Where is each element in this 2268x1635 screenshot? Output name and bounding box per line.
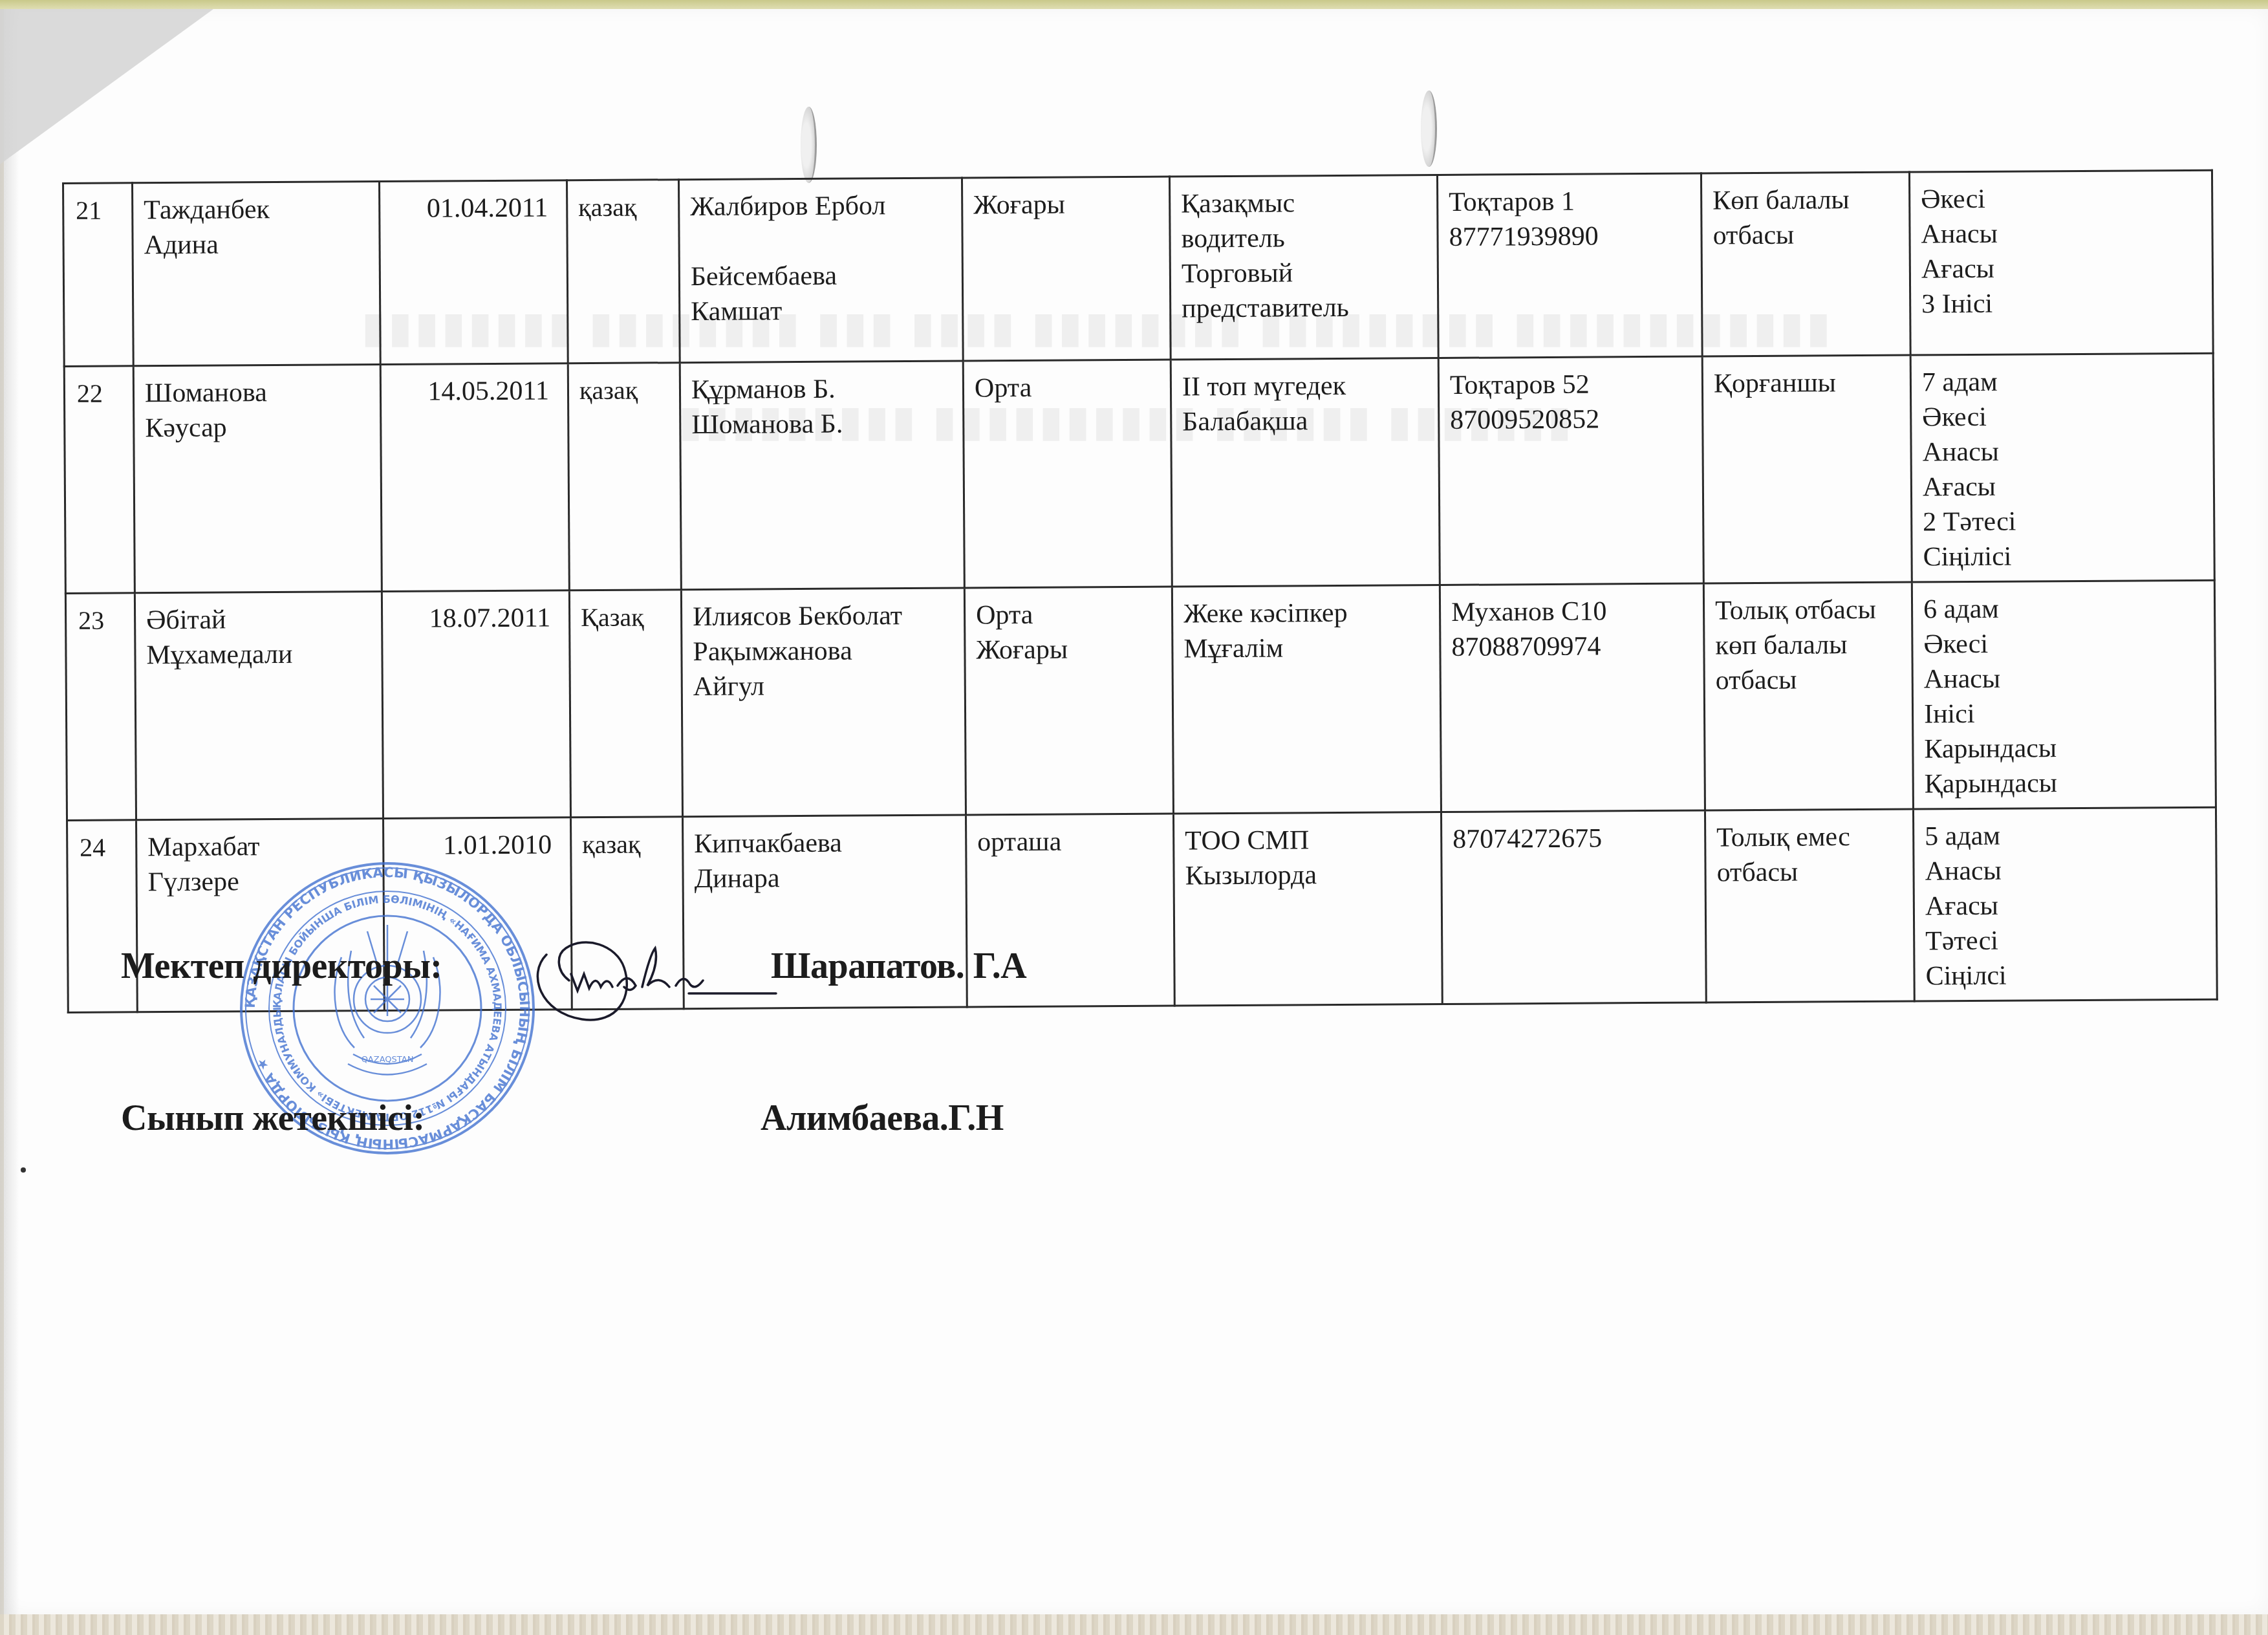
parents-workplace: Қазақмыс водитель Торговый представитель — [1169, 175, 1438, 360]
folded-corner — [0, 9, 213, 164]
student-name: Әбітай Мұхамедали — [135, 591, 383, 819]
row-number: 22 — [64, 366, 135, 594]
class-teacher-label: Сынып жетекшісі: — [121, 1098, 425, 1139]
parents-workplace: Жеке кәсіпкер Мұғалім — [1172, 585, 1441, 814]
parents-names: Илиясов Бекболат Рақымжанова Айгул — [681, 588, 966, 817]
family-status: Қорғаншы — [1702, 355, 1912, 583]
parents-names: Жалбиров Ербол Бейсембаева Камшат — [678, 178, 963, 363]
class-teacher-name: Алимбаева.Г.Н — [761, 1098, 1004, 1139]
address-phone: Тоқтаров 1 87771939890 — [1437, 173, 1702, 358]
birth-date: 18.07.2011 — [382, 590, 570, 819]
parents-workplace: ТОО СМП Кызылорда — [1173, 812, 1442, 1006]
nationality: қазақ — [568, 363, 681, 590]
family-status: Толық отбасы көп балалы отбасы — [1703, 582, 1913, 810]
student-name: Шоманова Кәусар — [133, 364, 382, 592]
parents-names: Құрманов Б. Шоманова Б. — [680, 361, 964, 590]
table-row: 21 Тажданбек Адина 01.04.2011 қазақ Жалб… — [63, 170, 2214, 366]
scanner-bottom-edge — [0, 1614, 2268, 1635]
ink-dot — [21, 1167, 26, 1173]
nationality: Қазақ — [569, 590, 682, 817]
director-signature — [521, 929, 779, 1026]
family-members: 6 адам Әкесі Анасы Інісі Карындасы Қарын… — [1912, 580, 2216, 809]
director-name: Шарапатов. Г.А — [771, 946, 1026, 987]
punch-hole — [801, 107, 817, 183]
table-row: 23 Әбітай Мұхамедали 18.07.2011 Қазақ Ил… — [65, 580, 2216, 820]
row-number: 23 — [65, 593, 136, 821]
parents-education: Орта Жоғары — [964, 587, 1173, 815]
address-phone: Муханов С10 87088709974 — [1440, 583, 1705, 812]
parents-workplace: II топ мүгедек Балабақша — [1171, 358, 1440, 587]
row-number: 21 — [63, 183, 134, 367]
address-phone: Тоқтаров 52 87009520852 — [1438, 356, 1703, 585]
family-members: Әкесі Анасы Ағасы 3 Інісі — [1909, 170, 2213, 355]
parents-education: Жоғары — [962, 177, 1171, 361]
birth-date: 01.04.2011 — [380, 180, 568, 365]
family-members: 5 адам Анасы Ағасы Тәтесі Сіңілсі — [1913, 807, 2217, 1001]
family-status: Толық емес отбасы — [1705, 809, 1914, 1002]
student-roster-table: 21 Тажданбек Адина 01.04.2011 қазақ Жалб… — [62, 169, 2218, 1013]
birth-date: 14.05.2011 — [380, 363, 569, 592]
family-members: 7 адам Әкесі Анасы Ағасы 2 Тәтесі Сіңілі… — [1910, 353, 2214, 582]
nationality: қазақ — [567, 180, 680, 363]
table-row: 22 Шоманова Кәусар 14.05.2011 қазақ Құрм… — [64, 353, 2214, 593]
parents-education: Орта — [963, 360, 1172, 588]
punch-hole — [1421, 91, 1437, 167]
director-label: Мектеп директоры: — [121, 946, 442, 987]
student-name: Тажданбек Адина — [133, 182, 381, 366]
page-shadow-edge — [0, 9, 19, 1626]
address-phone: 87074272675 — [1441, 810, 1706, 1004]
family-status: Көп балалы отбасы — [1701, 172, 1910, 356]
